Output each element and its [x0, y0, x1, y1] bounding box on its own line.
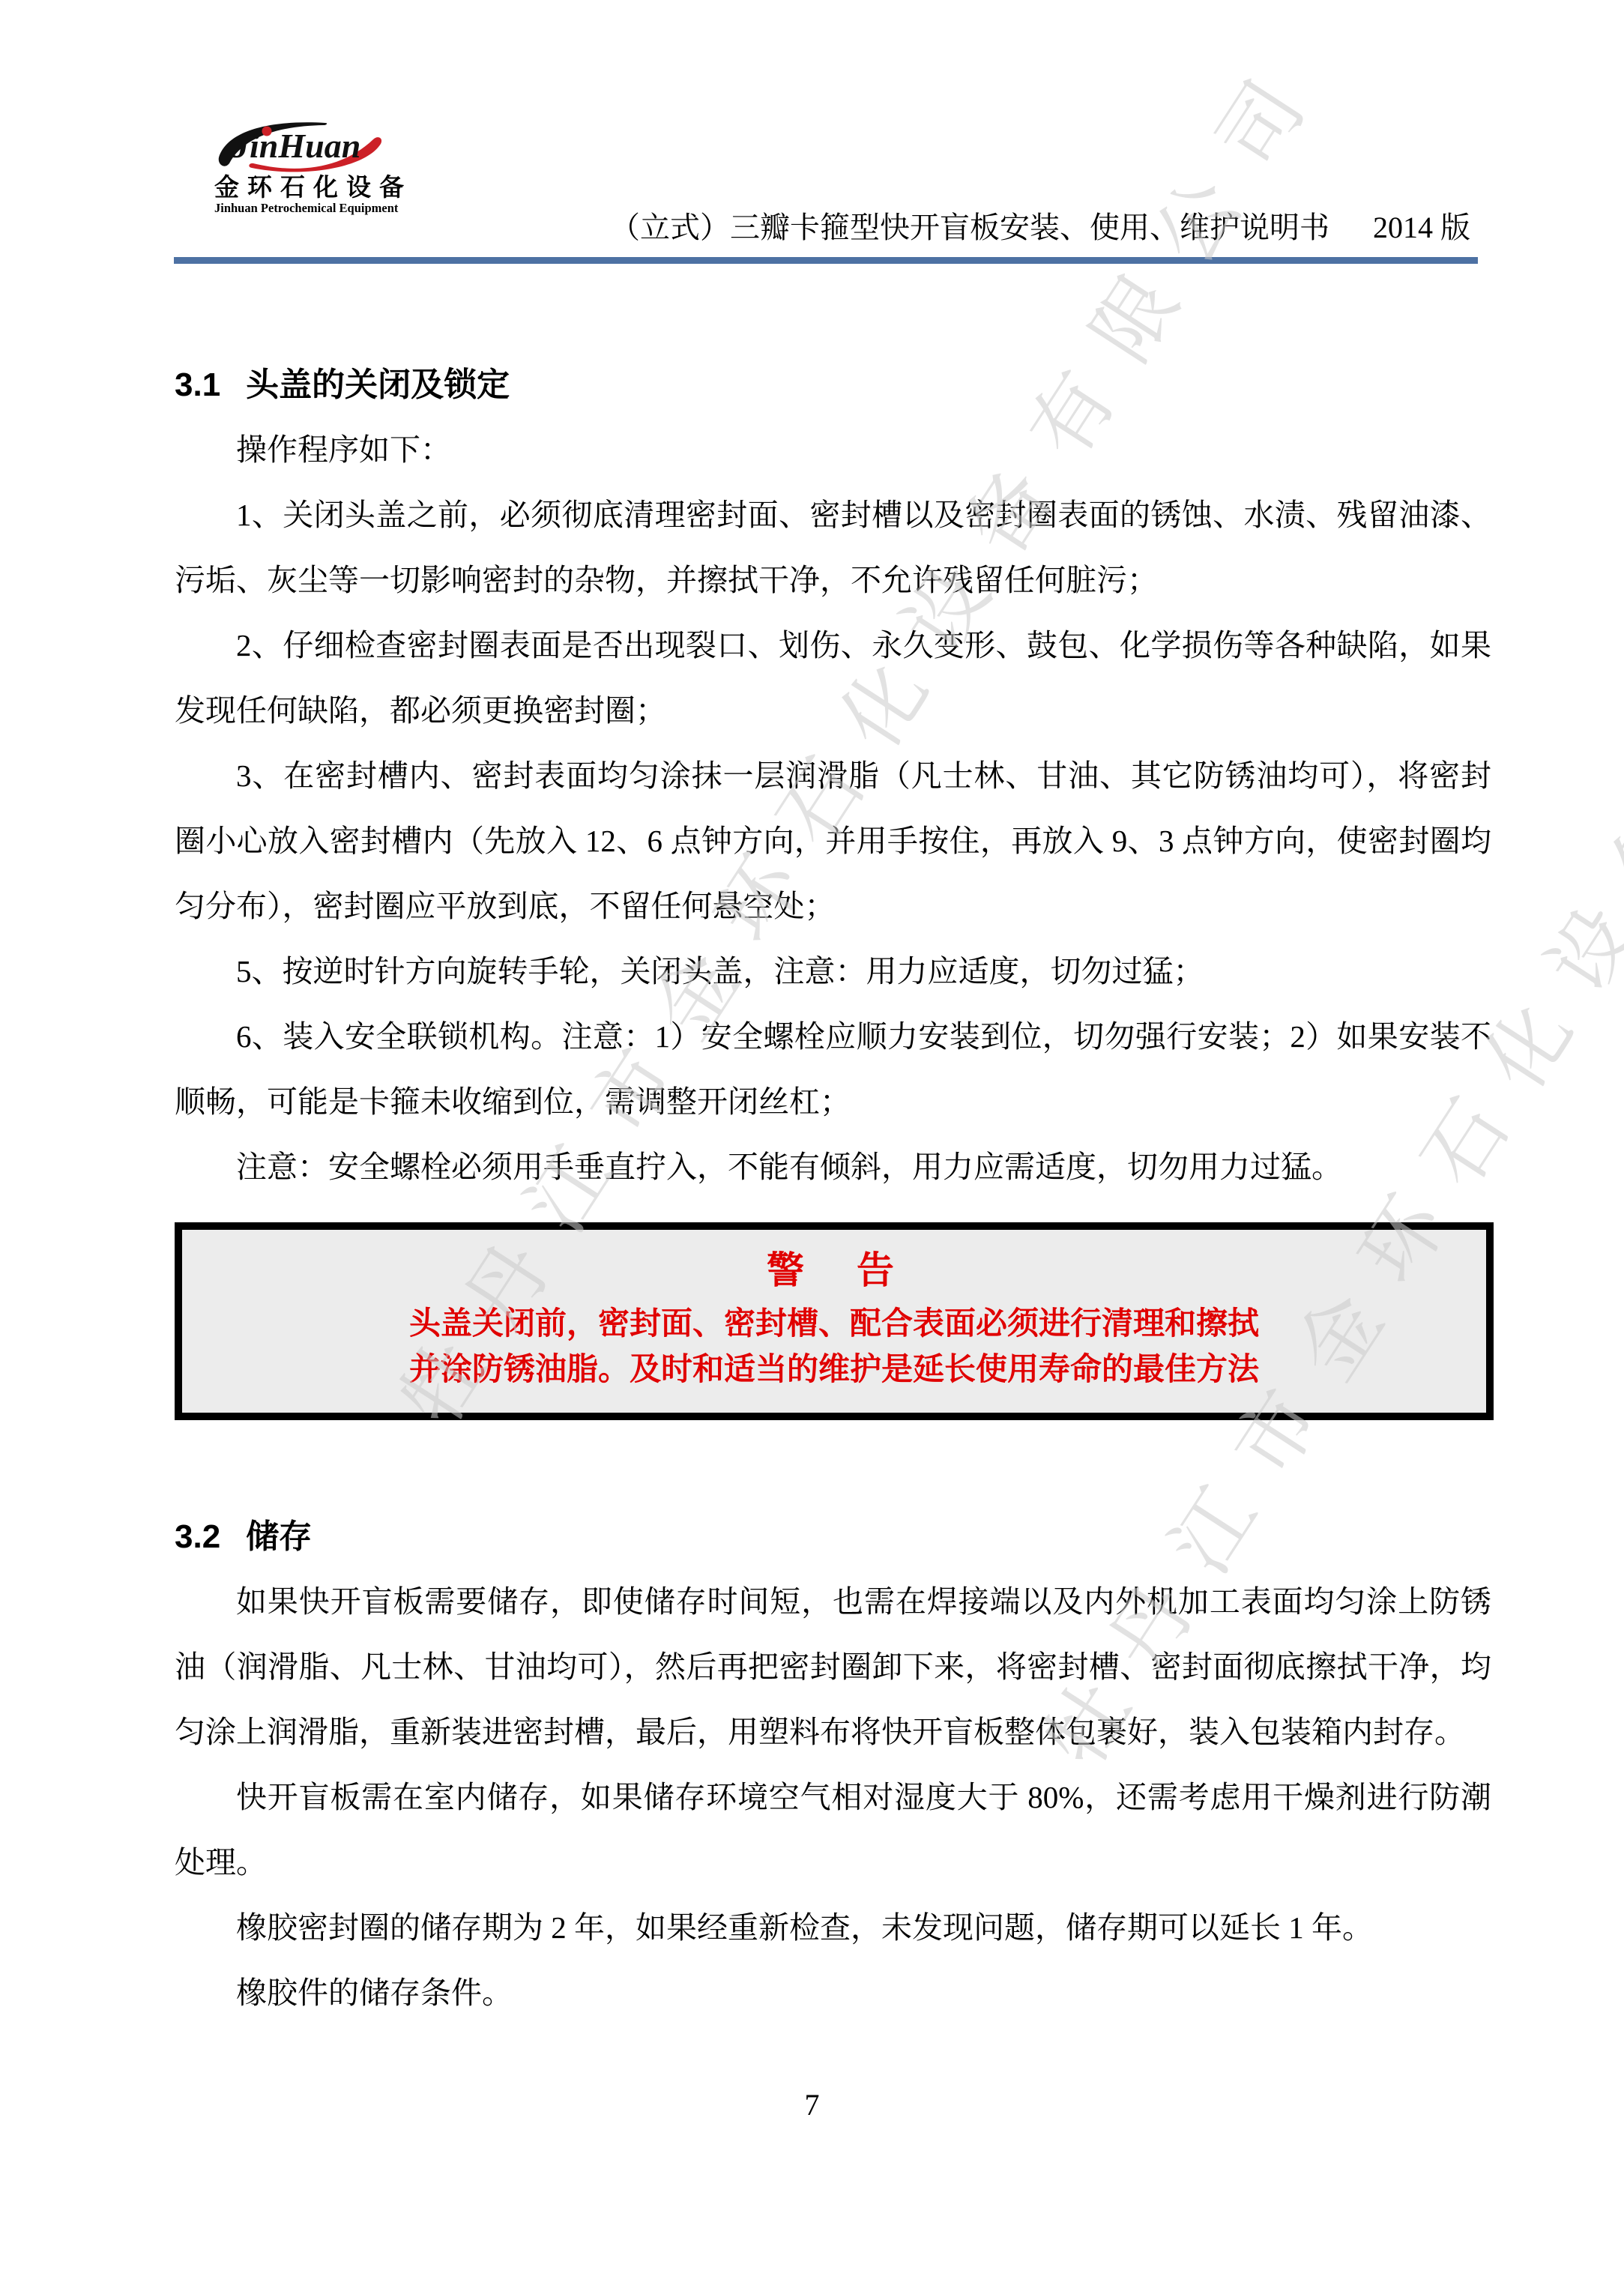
document-page: 牡丹江市金环石化设备有限公司 牡丹江市金环石化设备有限公司 JinHuan 金环… — [0, 0, 1624, 2279]
header-divider-rule — [174, 257, 1478, 264]
logo-script-text: JinHuan — [232, 127, 360, 165]
warning-title: 警 告 — [182, 1249, 1486, 1291]
page-number: 7 — [0, 2087, 1624, 2122]
document-body: 3.1头盖的关闭及锁定 操作程序如下： 1、关闭头盖之前，必须彻底清理密封面、密… — [175, 352, 1491, 2026]
section-number: 3.2 — [175, 1518, 220, 1555]
paragraph: 快开盲板需在室内储存，如果储存环境空气相对湿度大于 80%，还需考虑用干燥剂进行… — [175, 1765, 1491, 1895]
paragraph: 6、装入安全联锁机构。注意：1）安全螺栓应顺力安装到位，切勿强行安装；2）如果安… — [175, 1004, 1491, 1135]
warning-line: 并涂防锈油脂。及时和适当的维护是延长使用寿命的最佳方法 — [182, 1346, 1486, 1392]
paragraph: 5、按逆时针方向旋转手轮，关闭头盖，注意：用力应适度，切勿过猛； — [175, 939, 1491, 1004]
paragraph: 1、关闭头盖之前，必须彻底清理密封面、密封槽以及密封圈表面的锈蚀、水渍、残留油漆… — [175, 483, 1491, 613]
warning-line: 头盖关闭前，密封面、密封槽、配合表面必须进行清理和擦拭 — [182, 1300, 1486, 1346]
paragraph: 3、在密封槽内、密封表面均匀涂抹一层润滑脂（凡士林、甘油、其它防锈油均可），将密… — [175, 743, 1491, 939]
manual-title: （立式）三瓣卡箍型快开盲板安装、使用、维护说明书 — [610, 211, 1329, 244]
edition-label: 2014 版 — [1373, 211, 1470, 244]
paragraph: 橡胶件的储存条件。 — [175, 1960, 1491, 2026]
paragraph: 橡胶密封圈的储存期为 2 年，如果经重新检查，未发现问题，储存期可以延长 1 年… — [175, 1895, 1491, 1960]
warning-box: 警 告 头盖关闭前，密封面、密封槽、配合表面必须进行清理和擦拭 并涂防锈油脂。及… — [175, 1222, 1494, 1420]
company-logo: JinHuan 金环石化设备 Jinhuan Petrochemical Equ… — [214, 118, 388, 216]
document-header-title: （立式）三瓣卡箍型快开盲板安装、使用、维护说明书2014 版 — [0, 211, 1470, 245]
section-heading-3-2: 3.2储存 — [175, 1504, 1491, 1569]
logo-chinese-name: 金环石化设备 — [214, 174, 388, 201]
paragraph: 注意：安全螺栓必须用手垂直拧入，不能有倾斜，用力应需适度，切勿用力过猛。 — [175, 1135, 1491, 1200]
section-number: 3.1 — [175, 366, 220, 403]
paragraph: 2、仔细检查密封圈表面是否出现裂口、划伤、永久变形、鼓包、化学损伤等各种缺陷，如… — [175, 613, 1491, 743]
section-title: 头盖的关闭及锁定 — [246, 366, 510, 403]
paragraph: 操作程序如下： — [175, 417, 1491, 483]
section-title: 储存 — [246, 1518, 312, 1555]
section-heading-3-1: 3.1头盖的关闭及锁定 — [175, 352, 1491, 417]
paragraph: 如果快开盲板需要储存，即使储存时间短，也需在焊接端以及内外机加工表面均匀涂上防锈… — [175, 1569, 1491, 1765]
logo-swoosh-icon: JinHuan — [214, 118, 388, 174]
